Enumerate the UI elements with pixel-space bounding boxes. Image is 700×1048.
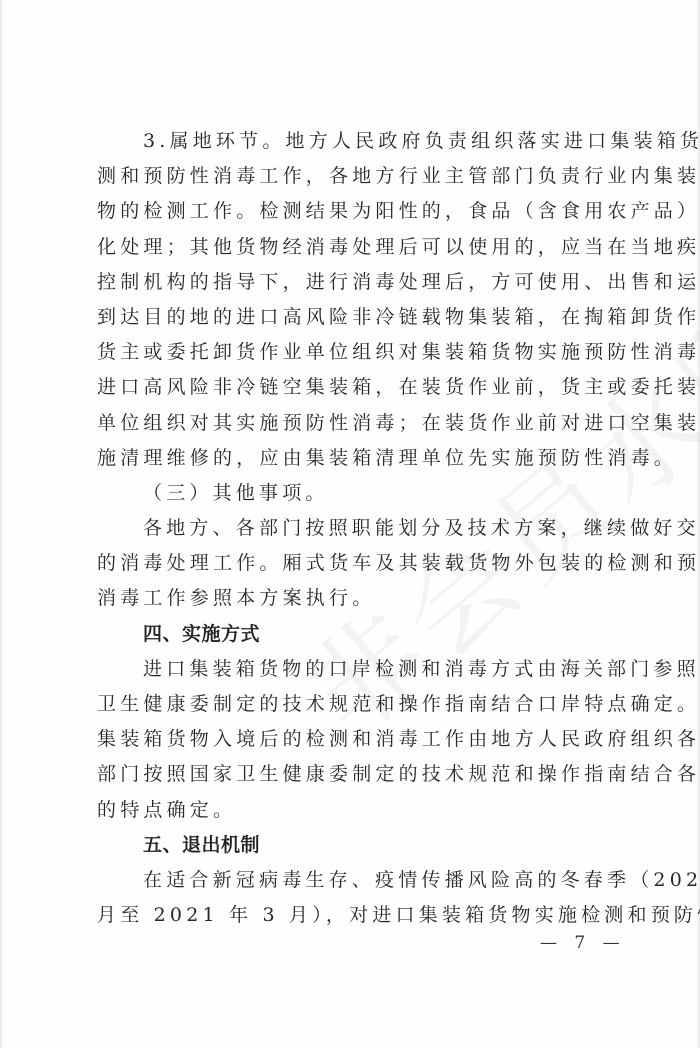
paragraph-line: 在适合新冠病毒生存、疫情传播风险高的冬春季（2021 年 1 [97,863,609,898]
document-body: 3.属地环节。地方人民政府负责组织落实进口集装箱货物检 测和预防性消毒工作，各地… [97,124,609,933]
paragraph-line: 施清理维修的，应由集装箱清理单位先实施预防性消毒。 [97,441,609,476]
paragraph-line: 控制机构的指导下，进行消毒处理后，方可使用、出售和运输。对 [97,265,609,300]
page-edge-left [0,0,3,1048]
paragraph-line: 到达目的地的进口高风险非冷链载物集装箱，在掏箱卸货作业时， [97,300,609,335]
paragraph-line: 部门按照国家卫生健康委制定的技术规范和操作指南结合各行业 [97,757,609,792]
page-number: — 7 — [540,933,626,953]
paragraph-line: 月至 2021 年 3 月），对进口集装箱货物实施检测和预防性消毒措 [97,898,609,933]
paragraph-line: 消毒工作参照本方案执行。 [97,581,609,616]
paragraph-line: 3.属地环节。地方人民政府负责组织落实进口集装箱货物检 [97,124,609,159]
paragraph-line: 的特点确定。 [97,793,609,828]
paragraph-line: 卫生健康委制定的技术规范和操作指南结合口岸特点确定。进口 [97,687,609,722]
document-page: 非会员水印 3.属地环节。地方人民政府负责组织落实进口集装箱货物检 测和预防性消… [0,0,700,1048]
paragraph-line: 货主或委托卸货作业单位组织对集装箱货物实施预防性消毒。对 [97,335,609,370]
paragraph-line: 物的检测工作。检测结果为阳性的，食品（含食用农产品）作无害 [97,194,609,229]
subheading-other-matters: （三）其他事项。 [97,476,609,511]
paragraph-line: 测和预防性消毒工作，各地方行业主管部门负责行业内集装箱货 [97,159,609,194]
paragraph-line: 单位组织对其实施预防性消毒；在装货作业前对进口空集装箱实 [97,406,609,441]
paragraph-line: 各地方、各部门按照职能划分及技术方案，继续做好交通工具 [97,511,609,546]
section-heading-exit-mechanism: 五、退出机制 [97,828,609,863]
paragraph-line: 进口高风险非冷链空集装箱，在装货作业前，货主或委托装货作业 [97,370,609,405]
section-heading-implementation: 四、实施方式 [97,617,609,652]
paragraph-line: 集装箱货物入境后的检测和消毒工作由地方人民政府组织各相关 [97,722,609,757]
paragraph-line: 进口集装箱货物的口岸检测和消毒方式由海关部门参照国家 [97,652,609,687]
paragraph-line: 的消毒处理工作。厢式货车及其装载货物外包装的检测和预防性 [97,546,609,581]
paragraph-line: 化处理；其他货物经消毒处理后可以使用的，应当在当地疾病预防 [97,230,609,265]
